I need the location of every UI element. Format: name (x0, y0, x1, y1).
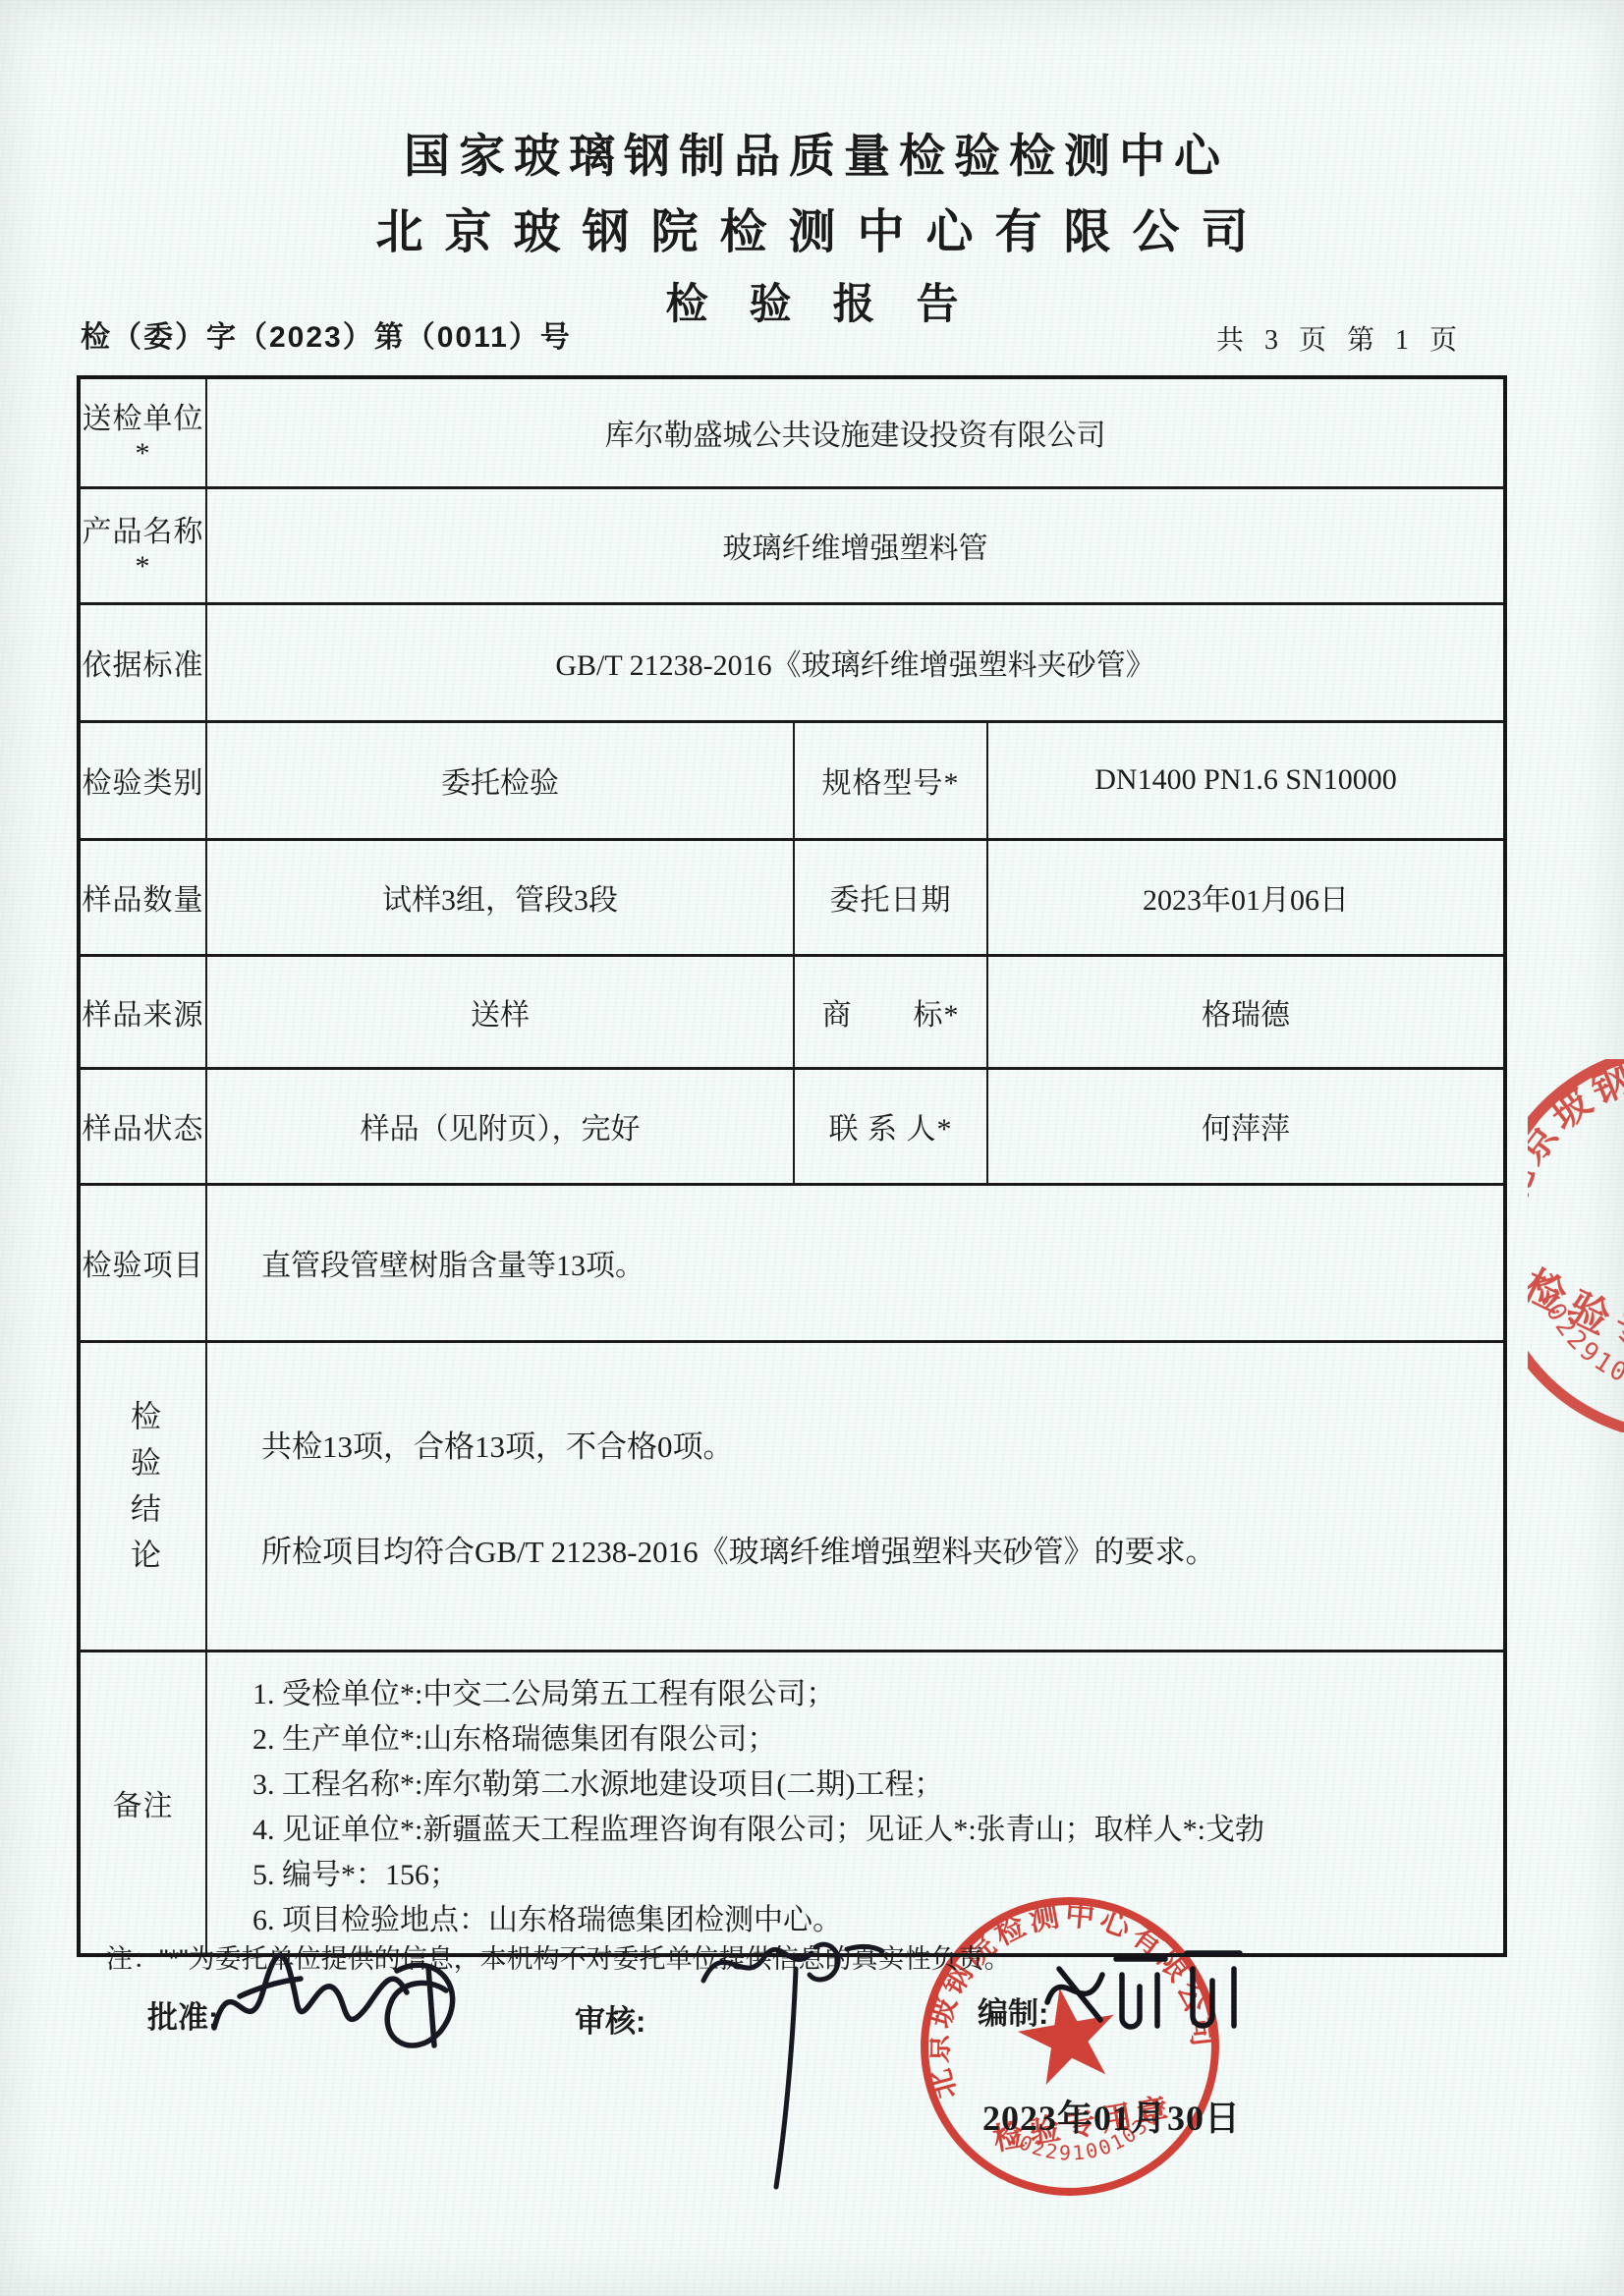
quantity-value: 试样3组，管段3段 (206, 839, 794, 955)
preparer-signature (1039, 1926, 1290, 2068)
product-value: 玻璃纤维增强塑料管 (206, 487, 1505, 603)
report-header: 国家玻璃钢制品质量检验检测中心 北京玻钢院检测中心有限公司 检验报告 (0, 120, 1624, 331)
report-table: 送检单位* 库尔勒盛城公共设施建设投资有限公司 产品名称* 玻璃纤维增强塑料管 … (77, 375, 1507, 1957)
partial-seal-star-icon (1604, 1144, 1624, 1311)
approver-signature (204, 1937, 499, 2100)
spec-label: 规格型号* (794, 721, 987, 839)
contact-value: 何萍萍 (987, 1068, 1505, 1184)
trademark-value: 格瑞德 (987, 955, 1505, 1068)
spec-value: DN1400 PN1.6 SN10000 (987, 721, 1505, 839)
table-row: 检验类别 委托检验 规格型号* DN1400 PN1.6 SN10000 (79, 721, 1505, 839)
conclusion-label: 检验结论 (79, 1341, 206, 1651)
table-row: 样品来源 送样 商 标* 格瑞德 (79, 955, 1505, 1068)
table-row: 送检单位* 库尔勒盛城公共设施建设投资有限公司 (79, 377, 1505, 487)
remark-line: 3. 工程名称*:库尔勒第二水源地建设项目(二期)工程； (252, 1763, 1493, 1808)
contact-label: 联 系 人* (794, 1068, 987, 1184)
commission-date-label: 委托日期 (794, 839, 987, 955)
conclusion-line2: 所检项目均符合GB/T 21238-2016《玻璃纤维增强塑料夹砂管》的要求。 (261, 1527, 1503, 1571)
conclusion-cell: 共检13项，合格13项，不合格0项。 所检项目均符合GB/T 21238-201… (206, 1341, 1505, 1651)
remarks-label: 备注 (79, 1651, 206, 1955)
issue-date: 2023年01月30日 (982, 2091, 1241, 2141)
partial-seal-svg: 北京玻钢院检测中心有限公司 检验专用章 11022910010364 (1528, 1059, 1624, 1432)
scanned-inspection-report-page: 国家玻璃钢制品质量检验检测中心 北京玻钢院检测中心有限公司 检验报告 检（委）字… (0, 0, 1624, 2296)
category-label: 检验类别 (79, 721, 206, 839)
table-row: 产品名称* 玻璃纤维增强塑料管 (79, 487, 1505, 603)
trademark-label: 商 标* (794, 955, 987, 1068)
commission-date-value: 2023年01月06日 (987, 839, 1505, 955)
category-value: 委托检验 (206, 721, 794, 839)
conclusion-label-text: 检验结论 (121, 1400, 165, 1585)
condition-label: 样品状态 (79, 1068, 206, 1184)
page-count: 共 3 页 第 1 页 (1216, 318, 1464, 358)
report-number: 检（委）字（2023）第（0011）号 (81, 312, 572, 356)
source-label: 样品来源 (79, 955, 206, 1068)
conclusion-line1: 共检13项，合格13项，不合格0项。 (261, 1422, 1503, 1466)
review-label: 审核: (575, 1996, 645, 2041)
remark-line: 2. 生产单位*:山东格瑞德集团有限公司； (252, 1717, 1493, 1763)
table-row: 备注 1. 受检单位*:中交二公局第五工程有限公司； 2. 生产单位*:山东格瑞… (79, 1651, 1505, 1955)
partial-stamp-fragment: 北京玻钢院检测中心有限公司 检验专用章 11022910010364 (1528, 1059, 1624, 1432)
product-label: 产品名称* (79, 487, 206, 603)
sender-value: 库尔勒盛城公共设施建设投资有限公司 (206, 377, 1505, 487)
remarks-cell: 1. 受检单位*:中交二公局第五工程有限公司； 2. 生产单位*:山东格瑞德集团… (206, 1651, 1505, 1955)
table-row: 检验结论 共检13项，合格13项，不合格0项。 所检项目均符合GB/T 2123… (79, 1341, 1505, 1651)
prepare-label: 编制: (978, 1988, 1048, 2033)
table-row: 样品数量 试样3组，管段3段 委托日期 2023年01月06日 (79, 839, 1505, 955)
org-title-line2: 北京玻钢院检测中心有限公司 (0, 194, 1624, 261)
sender-label: 送检单位* (79, 377, 206, 487)
standard-value: GB/T 21238-2016《玻璃纤维增强塑料夹砂管》 (206, 603, 1505, 721)
condition-value: 样品（见附页），完好 (206, 1068, 794, 1184)
remark-line: 4. 见证单位*:新疆蓝天工程监理咨询有限公司；见证人*:张青山；取样人*:戈勃 (252, 1808, 1493, 1853)
remark-line: 1. 受检单位*:中交二公局第五工程有限公司； (252, 1672, 1493, 1717)
table-row: 检验项目 直管段管壁树脂含量等13项。 (79, 1184, 1505, 1341)
org-title-line1: 国家玻璃钢制品质量检验检测中心 (0, 120, 1624, 186)
reviewer-signature (690, 1924, 906, 2209)
items-label: 检验项目 (79, 1184, 206, 1341)
remark-line: 5. 编号*：156； (252, 1853, 1493, 1898)
standard-label: 依据标准 (79, 603, 206, 721)
source-value: 送样 (206, 955, 794, 1068)
table-row: 依据标准 GB/T 21238-2016《玻璃纤维增强塑料夹砂管》 (79, 603, 1505, 721)
quantity-label: 样品数量 (79, 839, 206, 955)
items-value: 直管段管壁树脂含量等13项。 (206, 1184, 1505, 1341)
table-row: 样品状态 样品（见附页），完好 联 系 人* 何萍萍 (79, 1068, 1505, 1184)
